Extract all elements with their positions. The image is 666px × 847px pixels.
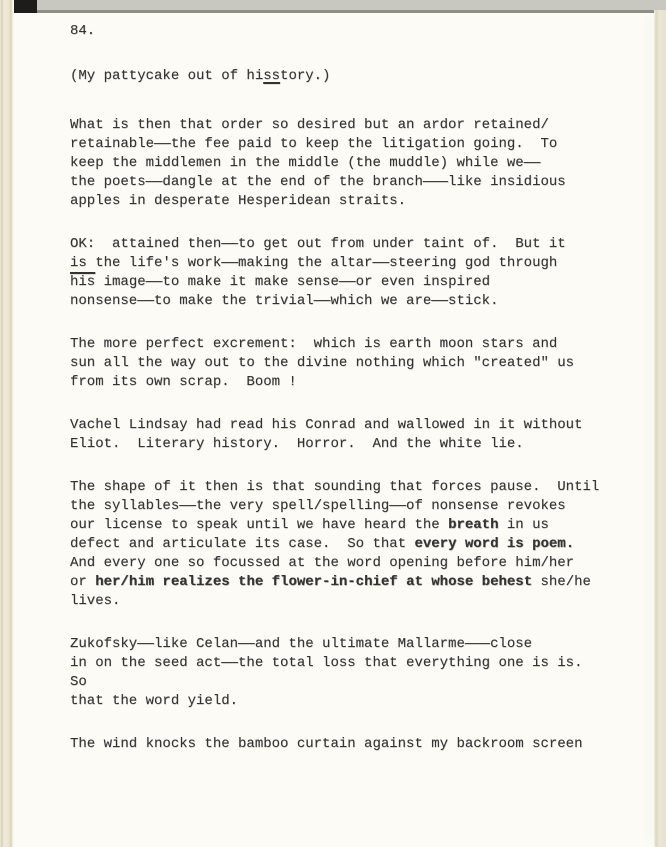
text-run: tory.)	[280, 68, 330, 84]
book-left-page-edge	[0, 0, 14, 847]
text-run: in us	[498, 517, 548, 533]
para-vachel-lindsay: Vachel Lindsay had read his Conrad and w…	[70, 416, 615, 454]
para-ok-attained: OK: attained then——to get out from under…	[70, 235, 615, 311]
para-zukofsky: Zukofsky——like Celan——and the ultimate M…	[70, 635, 615, 711]
text-run: defect and articulate its case. So that	[70, 536, 414, 552]
page-content: 84. (My pattycake out of hisstory.)What …	[70, 22, 615, 778]
text-run: Zukofsky——like Celan——and the ultimate M…	[70, 636, 532, 652]
text-run: The wind knocks the bamboo curtain again…	[70, 736, 582, 752]
text-run: our license to speak until we have heard…	[70, 517, 448, 533]
para-order-ardor: What is then that order so desired but a…	[70, 116, 615, 211]
scan-top-edge	[0, 0, 666, 13]
text-run: What is then that order so desired but a…	[70, 117, 549, 133]
text-run: or	[70, 574, 95, 590]
text-run-o: his	[70, 274, 95, 290]
page-number: 84.	[70, 22, 615, 41]
text-run-b: every word is poem.	[414, 536, 574, 552]
text-run: is the life's work——making the altar——st…	[70, 255, 557, 271]
text-run: sun all the way out to the divine nothin…	[70, 355, 574, 371]
para-shape-of-it: The shape of it then is that sounding th…	[70, 478, 615, 611]
para-perfect-excrement: The more perfect excrement: which is ear…	[70, 335, 615, 392]
text-run: in on the seed act——the total loss that …	[70, 655, 599, 690]
text-run: keep the middlemen in the middle (the mu…	[70, 155, 540, 171]
page-text: (My pattycake out of hisstory.)What is t…	[70, 67, 615, 754]
para-wind-bamboo: The wind knocks the bamboo curtain again…	[70, 735, 615, 754]
text-run: OK: attained then——to get out from under…	[70, 236, 566, 252]
text-run: lives.	[70, 593, 120, 609]
text-run: The shape of it then is that sounding th…	[70, 479, 599, 495]
text-run: retainable——the fee paid to keep the lit…	[70, 136, 557, 152]
scanned-book-page: 84. (My pattycake out of hisstory.)What …	[0, 0, 666, 847]
text-run-b: her/him realizes the flower-in-chief at …	[95, 574, 532, 590]
text-run: The more perfect excrement: which is ear…	[70, 336, 557, 352]
text-run: Vachel Lindsay had read his Conrad and w…	[70, 417, 582, 433]
text-run: she/he	[532, 574, 591, 590]
text-run: (My pattycake out of hi	[70, 68, 263, 84]
text-run-u: ss	[263, 68, 280, 84]
text-run: apples in desperate Hesperidean straits.	[70, 193, 406, 209]
text-run: the poets——dangle at the end of the bran…	[70, 174, 566, 190]
text-run: nonsense——to make the trivial——which we …	[70, 293, 498, 309]
text-run: from its own scrap. Boom !	[70, 374, 297, 390]
text-run: Eliot. Literary history. Horror. And the…	[70, 436, 524, 452]
text-run: image——to make it make sense——or even in…	[95, 274, 490, 290]
text-run: the syllables——the very spell/spelling——…	[70, 498, 566, 514]
text-run: And every one so focussed at the word op…	[70, 555, 574, 571]
text-run-b: breath	[448, 517, 498, 533]
text-run: that the word yield.	[70, 693, 238, 709]
book-right-page-edge	[654, 10, 666, 847]
epigraph-pattycake: (My pattycake out of hisstory.)	[70, 67, 615, 86]
